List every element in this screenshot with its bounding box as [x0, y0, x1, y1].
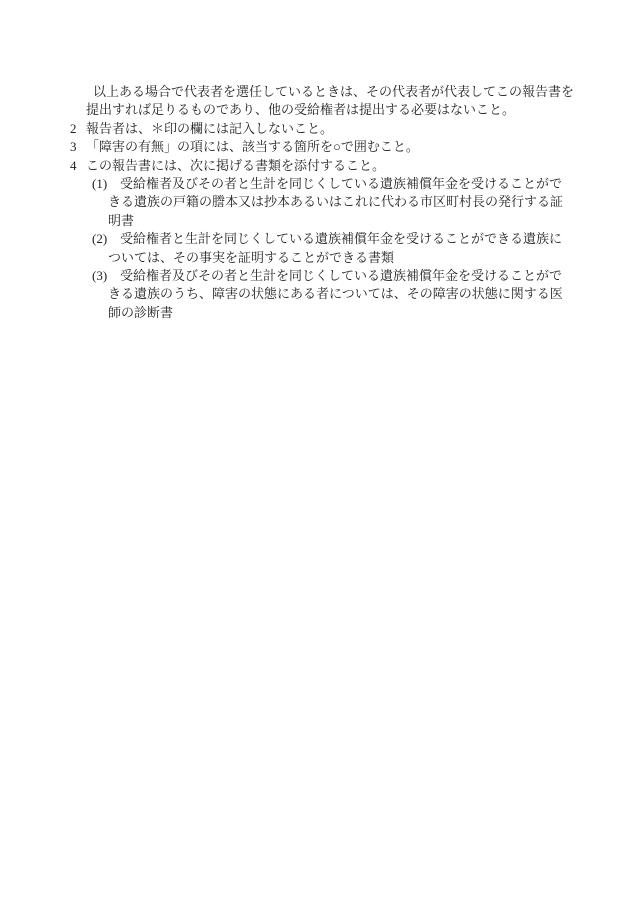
document-page: 以上ある場合で代表者を選任しているときは、その代表者が代表してこの報告書を 提出… [0, 0, 630, 915]
attachment-item-2: (2)受給権者と生計を同じくしている遺族補償年金を受けることができる遺族に [0, 230, 630, 248]
attachment-item-3-text-line-3: 師の診断書 [0, 304, 630, 322]
note-item-2-text: 報告者は、＊印の欄には記入しないこと。 [86, 121, 333, 136]
attachment-item-1-number: (1) [92, 175, 120, 193]
intro-continuation-line-2: 提出すれば足りるものであり、他の受給権者は提出する必要はないこと。 [0, 101, 630, 119]
note-item-4: 4この報告書には、次に掲げる書類を添付すること。 [0, 157, 630, 175]
attachment-item-1: (1)受給権者及びその者と生計を同じくしている遺族補償年金を受けることがで [0, 175, 630, 193]
intro-continuation-line-1: 以上ある場合で代表者を選任しているときは、その代表者が代表してこの報告書を [0, 83, 630, 101]
attachment-item-3: (3)受給権者及びその者と生計を同じくしている遺族補償年金を受けることがで [0, 267, 630, 285]
note-item-3-number: 3 [70, 138, 86, 156]
attachment-item-1-text-line-3: 明書 [0, 212, 630, 230]
note-item-2-number: 2 [70, 120, 86, 138]
attachment-item-1-text-line-1: 受給権者及びその者と生計を同じくしている遺族補償年金を受けることがで [120, 176, 562, 191]
attachment-item-2-text-line-1: 受給権者と生計を同じくしている遺族補償年金を受けることができる遺族に [120, 231, 562, 246]
attachment-item-2-text-line-2: ついては、その事実を証明することができる書類 [0, 249, 630, 267]
attachment-item-3-number: (3) [92, 267, 120, 285]
note-item-4-number: 4 [70, 157, 86, 175]
attachment-item-2-number: (2) [92, 230, 120, 248]
notes-text-block: 以上ある場合で代表者を選任しているときは、その代表者が代表してこの報告書を 提出… [0, 83, 630, 322]
attachment-item-3-text-line-1: 受給権者及びその者と生計を同じくしている遺族補償年金を受けることがで [120, 268, 562, 283]
note-item-3: 3「障害の有無」の項には、該当する箇所を○で囲むこと。 [0, 138, 630, 156]
note-item-3-text: 「障害の有無」の項には、該当する箇所を○で囲むこと。 [86, 139, 419, 154]
note-item-2: 2報告者は、＊印の欄には記入しないこと。 [0, 120, 630, 138]
attachment-item-3-text-line-2: きる遺族のうち、障害の状態にある者については、その障害の状態に関する医 [0, 285, 630, 303]
note-item-4-text: この報告書には、次に掲げる書類を添付すること。 [86, 158, 385, 173]
attachment-item-1-text-line-2: きる遺族の戸籍の謄本又は抄本あるいはこれに代わる市区町村長の発行する証 [0, 193, 630, 211]
